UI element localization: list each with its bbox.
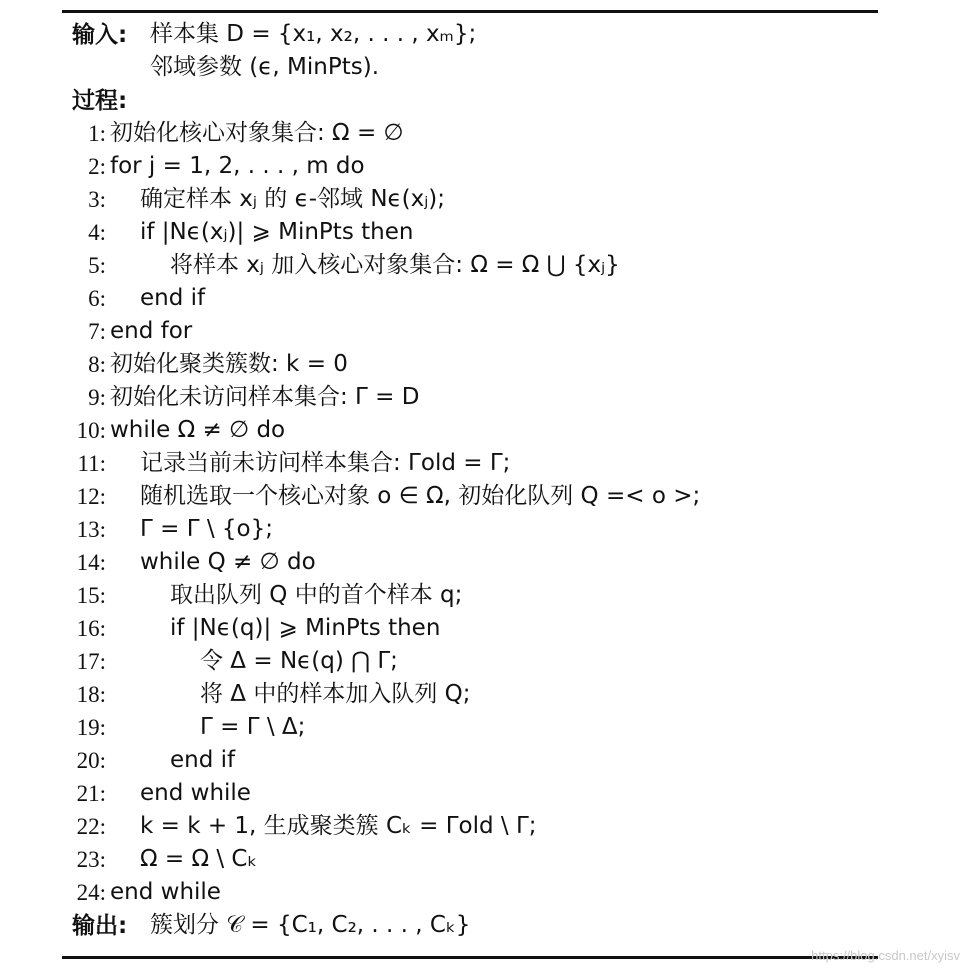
- algorithm-step: 15:取出队列 Q 中的首个样本 q;: [72, 579, 952, 612]
- input-label: 输入:: [72, 22, 127, 48]
- step-text: end if: [140, 282, 205, 315]
- step-number: 15:: [72, 579, 106, 612]
- step-number: 19:: [72, 711, 106, 744]
- algorithm-step: 20:end if: [72, 744, 952, 777]
- step-text: end for: [110, 315, 192, 348]
- algorithm-step: 4:if |Nϵ(xⱼ)| ⩾ MinPts then: [72, 216, 952, 249]
- watermark: https://blog.csdn.net/xyisv: [811, 948, 960, 963]
- step-number: 2:: [72, 150, 106, 183]
- algorithm-step: 3:确定样本 xⱼ 的 ϵ-邻域 Nϵ(xⱼ);: [72, 183, 952, 216]
- step-number: 10:: [72, 414, 106, 447]
- step-text: for j = 1, 2, . . . , m do: [110, 150, 365, 183]
- step-list: 1:初始化核心对象集合: Ω = ∅2:for j = 1, 2, . . . …: [72, 117, 952, 909]
- algorithm-block: 输入: 样本集 D = {x₁, x₂, . . . , xₘ}; 邻域参数 (…: [72, 18, 952, 942]
- step-text: 记录当前未访问样本集合: Γold = Γ;: [140, 447, 510, 480]
- step-number: 5:: [72, 249, 106, 282]
- step-number: 17:: [72, 645, 106, 678]
- algorithm-step: 2:for j = 1, 2, . . . , m do: [72, 150, 952, 183]
- algorithm-step: 17:令 Δ = Nϵ(q) ⋂ Γ;: [72, 645, 952, 678]
- step-number: 9:: [72, 381, 106, 414]
- algorithm-step: 7:end for: [72, 315, 952, 348]
- step-text: 初始化未访问样本集合: Γ = D: [110, 381, 419, 414]
- algorithm-step: 5:将样本 xⱼ 加入核心对象集合: Ω = Ω ⋃ {xⱼ}: [72, 249, 952, 282]
- input-text-2: 邻域参数 (ϵ, MinPts).: [150, 51, 379, 84]
- step-number: 8:: [72, 348, 106, 381]
- step-text: 取出队列 Q 中的首个样本 q;: [170, 579, 462, 612]
- bottom-rule: [62, 956, 878, 959]
- algorithm-step: 9:初始化未访问样本集合: Γ = D: [72, 381, 952, 414]
- step-number: 24:: [72, 876, 106, 909]
- algorithm-step: 21:end while: [72, 777, 952, 810]
- step-number: 12:: [72, 480, 106, 513]
- output-line: 输出: 簇划分 𝒞 = {C₁, C₂, . . . , Cₖ}: [72, 909, 952, 942]
- process-label: 过程:: [72, 88, 127, 114]
- algorithm-step: 18:将 Δ 中的样本加入队列 Q;: [72, 678, 952, 711]
- algorithm-step: 12:随机选取一个核心对象 o ∈ Ω, 初始化队列 Q =< o >;: [72, 480, 952, 513]
- algorithm-step: 24:end while: [72, 876, 952, 909]
- step-text: 令 Δ = Nϵ(q) ⋂ Γ;: [200, 645, 398, 678]
- step-text: 随机选取一个核心对象 o ∈ Ω, 初始化队列 Q =< o >;: [140, 480, 700, 513]
- step-number: 13:: [72, 513, 106, 546]
- step-text: Γ = Γ \ {o};: [140, 513, 273, 546]
- input-line-1: 输入: 样本集 D = {x₁, x₂, . . . , xₘ};: [72, 18, 952, 51]
- input-text-1: 样本集 D = {x₁, x₂, . . . , xₘ};: [150, 18, 476, 51]
- step-text: k = k + 1, 生成聚类簇 Cₖ = Γold \ Γ;: [140, 810, 537, 843]
- step-number: 4:: [72, 216, 106, 249]
- step-text: 将样本 xⱼ 加入核心对象集合: Ω = Ω ⋃ {xⱼ}: [170, 249, 620, 282]
- step-number: 6:: [72, 282, 106, 315]
- algorithm-step: 10:while Ω ≠ ∅ do: [72, 414, 952, 447]
- step-text: Γ = Γ \ Δ;: [200, 711, 305, 744]
- step-number: 11:: [72, 447, 106, 480]
- algorithm-step: 13:Γ = Γ \ {o};: [72, 513, 952, 546]
- step-text: 初始化核心对象集合: Ω = ∅: [110, 117, 404, 150]
- step-text: end while: [140, 777, 251, 810]
- output-text: 簇划分 𝒞 = {C₁, C₂, . . . , Cₖ}: [150, 909, 470, 942]
- algorithm-step: 11:记录当前未访问样本集合: Γold = Γ;: [72, 447, 952, 480]
- algorithm-step: 6:end if: [72, 282, 952, 315]
- step-text: end while: [110, 876, 221, 909]
- step-number: 23:: [72, 843, 106, 876]
- step-text: if |Nϵ(q)| ⩾ MinPts then: [170, 612, 440, 645]
- algorithm-step: 23:Ω = Ω \ Cₖ: [72, 843, 952, 876]
- input-line-2: 邻域参数 (ϵ, MinPts).: [72, 51, 952, 84]
- algorithm-step: 19:Γ = Γ \ Δ;: [72, 711, 952, 744]
- step-text: 将 Δ 中的样本加入队列 Q;: [200, 678, 471, 711]
- algorithm-step: 1:初始化核心对象集合: Ω = ∅: [72, 117, 952, 150]
- step-number: 7:: [72, 315, 106, 348]
- step-number: 22:: [72, 810, 106, 843]
- step-text: 初始化聚类簇数: k = 0: [110, 348, 348, 381]
- step-number: 21:: [72, 777, 106, 810]
- output-label: 输出:: [72, 913, 127, 939]
- algorithm-step: 8:初始化聚类簇数: k = 0: [72, 348, 952, 381]
- top-rule: [62, 10, 878, 13]
- algorithm-step: 14:while Q ≠ ∅ do: [72, 546, 952, 579]
- step-text: while Q ≠ ∅ do: [140, 546, 316, 579]
- step-number: 18:: [72, 678, 106, 711]
- step-text: if |Nϵ(xⱼ)| ⩾ MinPts then: [140, 216, 413, 249]
- step-number: 20:: [72, 744, 106, 777]
- step-number: 1:: [72, 117, 106, 150]
- step-number: 14:: [72, 546, 106, 579]
- algorithm-step: 22:k = k + 1, 生成聚类簇 Cₖ = Γold \ Γ;: [72, 810, 952, 843]
- step-text: Ω = Ω \ Cₖ: [140, 843, 257, 876]
- step-text: 确定样本 xⱼ 的 ϵ-邻域 Nϵ(xⱼ);: [140, 183, 445, 216]
- algorithm-step: 16:if |Nϵ(q)| ⩾ MinPts then: [72, 612, 952, 645]
- step-text: while Ω ≠ ∅ do: [110, 414, 285, 447]
- step-text: end if: [170, 744, 235, 777]
- step-number: 16:: [72, 612, 106, 645]
- step-number: 3:: [72, 183, 106, 216]
- process-header: 过程:: [72, 84, 952, 117]
